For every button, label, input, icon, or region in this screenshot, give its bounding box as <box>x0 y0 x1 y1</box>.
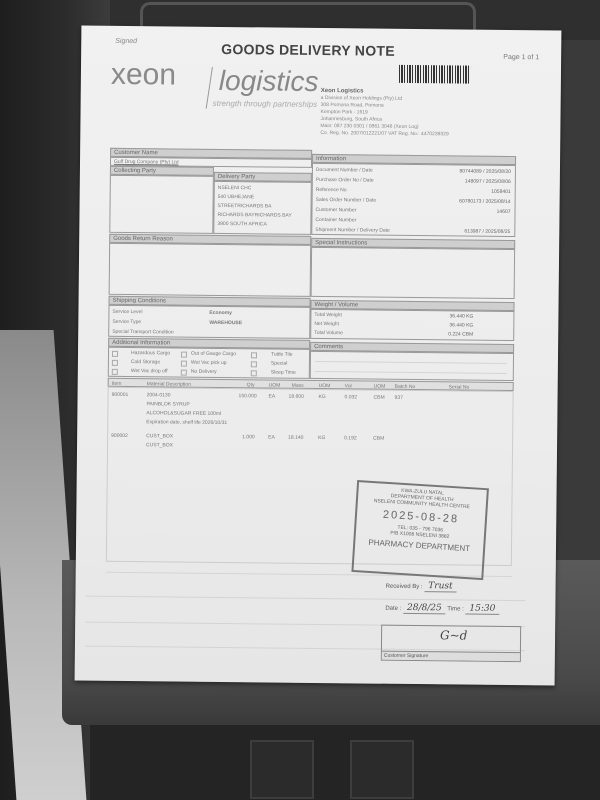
checkbox[interactable] <box>112 369 118 375</box>
brand-logo: xeon <box>111 58 176 93</box>
pharmacy-stamp: KWA-ZULU NATAL DEPARTMENT OF HEALTH NSEL… <box>351 480 489 580</box>
company-line: Kempton Park - 1619 <box>321 109 368 115</box>
item-vol: 0.032 <box>345 394 358 400</box>
checkbox-label: Wet Vac drop off <box>131 368 168 374</box>
checkbox[interactable] <box>112 351 118 357</box>
information-box: Document Number / Date 80744089 / 2025/0… <box>311 163 516 237</box>
shipping-label: Service Type <box>112 319 141 325</box>
info-label: Customer Number <box>315 207 356 213</box>
item-mass: 18.140 <box>288 435 303 441</box>
info-value: 1058401 <box>491 189 511 195</box>
info-value: 60780173 / 2025/08/14 <box>459 198 511 205</box>
checkbox[interactable] <box>251 352 257 358</box>
background-bottom <box>90 725 600 800</box>
checkbox[interactable] <box>251 361 257 367</box>
weight-label: Total Volume <box>314 330 343 336</box>
weight-label: Total Weight <box>314 312 341 318</box>
company-block: Xeon Logistics a Division of Xeon Holdin… <box>320 88 449 138</box>
company-line: a Division of Xeon Holdings (Pty) Ltd <box>321 95 402 102</box>
shipping-value: WAREHOUSE <box>209 320 242 326</box>
info-label: Sales Order Number / Date <box>316 197 377 204</box>
checkbox[interactable] <box>181 361 187 367</box>
item-number: 900001 <box>112 392 129 398</box>
goods-return-box <box>109 243 312 297</box>
item-vol-uom: CBM <box>374 395 385 401</box>
item-description: 2004-0130 <box>147 392 171 398</box>
page-indicator: Page 1 of 1 <box>503 54 539 61</box>
checkbox-label: Special <box>271 361 287 367</box>
company-line: Johannesburg, South Africa <box>320 116 381 123</box>
item-batch: 937 <box>395 395 403 401</box>
brand-tagline: strength through partnerships <box>213 99 318 109</box>
header-scribble: Signed <box>115 38 137 45</box>
received-by-value: Trust <box>424 581 456 592</box>
checkbox-label: Sleep Time <box>271 370 296 376</box>
delivery-line: 540 UBHEJANE <box>218 194 254 200</box>
special-instructions-box <box>311 247 516 299</box>
item-description: CUST_BOX <box>146 433 173 439</box>
delivery-line: STREETRICHARDS BA <box>218 203 272 210</box>
checkbox-label: Tuttle Tile <box>271 352 293 358</box>
info-value: 14607 <box>497 209 511 215</box>
logo-part2: logistics <box>219 65 319 98</box>
info-value: 613987 / 2025/08/25 <box>464 229 510 235</box>
checkbox-label: Cold Storage <box>131 359 160 365</box>
company-name: Xeon Logistics <box>321 88 364 94</box>
signature-mark: G~d <box>440 628 467 642</box>
item-qty: 150.000 <box>239 393 257 399</box>
item-qty-uom: EA <box>268 434 275 440</box>
additional-info-box: Hazardous Cargo Out of Gauge Cargo Tuttl… <box>108 347 310 379</box>
item-vol: 0.192 <box>344 435 357 441</box>
checkbox[interactable] <box>112 360 118 366</box>
comments-box <box>310 351 514 381</box>
info-label: Document Number / Date <box>316 167 373 174</box>
date-value: 28/8/25 <box>403 603 446 614</box>
shipping-label: Service Level <box>112 309 142 315</box>
info-label: Purchase Order No / Date <box>316 177 374 184</box>
weight-label: Net Weight <box>314 321 339 327</box>
date-label: Date : <box>385 606 401 612</box>
item-mass: 18.600 <box>289 394 304 400</box>
checkbox[interactable] <box>181 352 187 358</box>
item-description: ALCOHOL&SUGAR FREE 100ml <box>146 410 221 417</box>
company-line: Co. Reg. No. 2007/012221/07 VAT Reg. No.… <box>320 130 448 137</box>
item-description: PAINBLOK SYRUP <box>146 401 189 407</box>
received-by-row: Received By : Trust <box>386 581 457 592</box>
company-line: 308 Pomona Road, Pomona <box>321 102 384 109</box>
item-qty: 1.000 <box>242 434 255 440</box>
delivery-line: NSELENI CHC <box>218 185 252 191</box>
info-label: Reference No <box>316 187 347 193</box>
time-value: 15:30 <box>465 604 499 615</box>
delivery-line: 3900 SOUTH AFRICA <box>217 221 267 228</box>
weight-value: 36.440 KG <box>449 313 473 319</box>
time-label: Time : <box>447 606 464 612</box>
collecting-party-box <box>109 175 214 234</box>
document-title: GOODS DELIVERY NOTE <box>221 41 395 59</box>
slot-right <box>350 740 414 799</box>
shipping-label: Special Transport Condition <box>112 329 173 336</box>
delivery-line: RICHARDS BAYRICHARDS BAY <box>217 212 291 219</box>
shipping-box: Service Level Economy Service Type WAREH… <box>108 305 310 339</box>
customer-signature-box[interactable]: G~d Customer Signature <box>381 625 521 662</box>
info-label: Shipment Number / Delivery Date <box>315 227 390 234</box>
checkbox-label: Wet Vac pick up <box>191 360 227 366</box>
checkbox[interactable] <box>251 370 257 376</box>
weight-value: 36.440 KG <box>449 322 473 328</box>
item-vol-uom: CBM <box>373 436 384 442</box>
info-label: Container Number <box>315 217 356 223</box>
weight-volume-box: Total Weight 36.440 KG Net Weight 36.440… <box>310 309 514 341</box>
item-description: CUST_BOX <box>146 442 173 448</box>
signature-label: Customer Signature <box>382 651 520 661</box>
delivery-note-paper: Signed GOODS DELIVERY NOTE Page 1 of 1 x… <box>75 26 562 686</box>
item-number: 900002 <box>111 433 128 439</box>
date-time-row: Date : 28/8/25 Time : 15:30 <box>385 603 499 614</box>
info-value: 80744089 / 2025/08/20 <box>459 168 511 175</box>
checkbox-label: Hazardous Cargo <box>131 350 170 356</box>
info-value: 148097 / 2025/08/06 <box>465 179 511 185</box>
item-qty-uom: EA <box>269 393 276 399</box>
logo-part1: xeon <box>111 58 176 92</box>
item-mass-uom: KG <box>319 394 326 400</box>
checkbox-label: Out of Gauge Cargo <box>191 351 236 357</box>
item-mass-uom: KG <box>318 435 325 441</box>
company-line: Main: 087 230 0301 / 0861 3046 (Xeon Log… <box>320 123 418 130</box>
comment-line <box>315 361 507 364</box>
ruled-line <box>85 596 525 602</box>
barcode-icon <box>399 65 471 84</box>
checkbox[interactable] <box>181 370 187 376</box>
received-by-label: Received By : <box>386 584 423 590</box>
weight-value: 0.224 CBM <box>448 331 473 337</box>
comment-line <box>315 371 507 374</box>
customer-name: Gulf Drug Company (Pty) Ltd <box>114 159 179 166</box>
item-description: Expiration date, shelf life 2026/10/31 <box>146 419 227 426</box>
shipping-value: Economy <box>209 310 232 316</box>
slot-left <box>250 740 314 799</box>
delivery-party-box: NSELENI CHC 540 UBHEJANE STREETRICHARDS … <box>213 181 312 235</box>
checkbox-label: No Delivery <box>191 369 217 375</box>
